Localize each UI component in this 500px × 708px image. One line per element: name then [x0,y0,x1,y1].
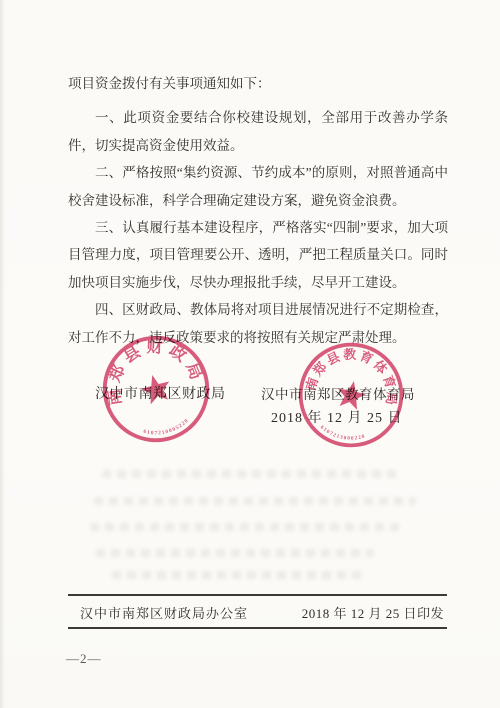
bleed-through-artifact [112,571,364,579]
footer-rule-bottom [68,627,447,629]
paragraph-3: 三、认真履行基本建设程序，严格落实“四制”要求，加大项目管理力度，项目管理要公开… [68,214,448,296]
footer-row: 汉中市南郑区财政局办公室 2018 年 12 月 25 日印发 [68,601,447,623]
bleed-through-artifact [90,523,400,531]
bleed-through-artifact [96,549,374,557]
bleed-through-artifact [102,470,402,478]
footer-rule-top [68,594,447,596]
footer-issuer: 汉中市南郑区财政局办公室 [80,603,248,622]
paragraph-1: 一、此项资金要结合你校建设规划，全部用于改善办学条件，切实提高资金使用效益。 [68,104,448,159]
seal-star-icon [138,371,174,406]
bleed-through-artifact [94,497,416,505]
seal-serial-number: 6107213000220 [318,424,368,446]
page-number: —2— [66,651,102,667]
footer-print-date: 2018 年 12 月 25 日印发 [302,603,444,622]
intro-line: 项目资金拨付有关事项通知如下： [68,70,448,97]
seal-star-icon [334,378,368,411]
paragraph-2: 二、严格按照“集约资源、节约成本”的原则，对照普通高中校舍建设标准，科学合理确定… [68,159,448,214]
official-seal-right-icon: 南郑县教育体育局 6107213000220 [283,327,418,462]
document-body-text: 项目资金拨付有关事项通知如下： 一、此项资金要结合你校建设规划，全部用于改善办学… [68,70,448,351]
scanned-document-page: 项目资金拨付有关事项通知如下： 一、此项资金要结合你校建设规划，全部用于改善办学… [0,0,500,708]
